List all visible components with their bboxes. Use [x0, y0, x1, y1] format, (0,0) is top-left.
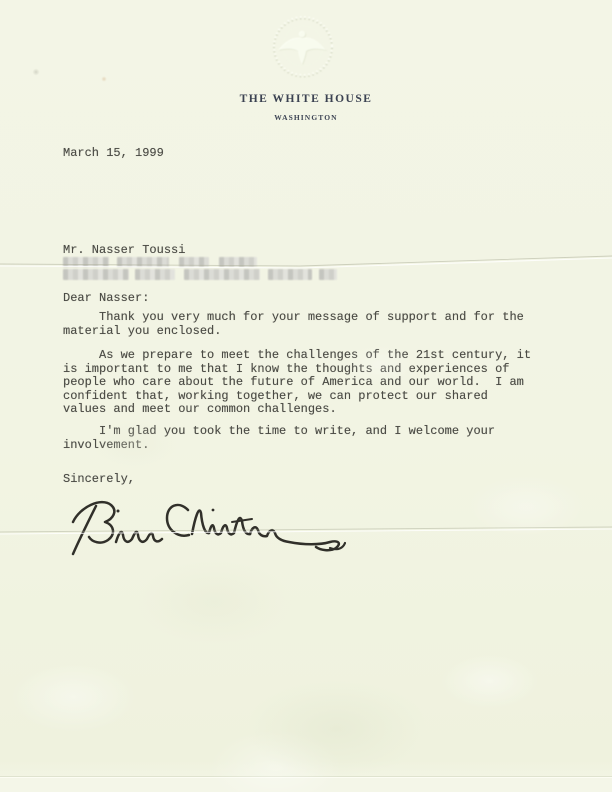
scan-bottom-edge [0, 777, 612, 792]
letterhead-title: THE WHITE HOUSE [0, 94, 612, 106]
redacted-address-line-1 [63, 257, 257, 267]
salutation: Dear Nasser: [63, 292, 149, 306]
recipient-name: Mr. Nasser Toussi [63, 244, 185, 258]
closing: Sincerely, [63, 473, 135, 487]
redaction-block [219, 257, 257, 267]
signature-bill-clinton [56, 492, 346, 570]
redacted-address-line-2 [63, 269, 337, 280]
redaction-block [117, 257, 169, 267]
body-paragraph-3: I'm glad you took the time to write, and… [63, 425, 495, 452]
presidential-seal-icon [261, 4, 345, 88]
letterhead-subtitle: WASHINGTON [0, 114, 612, 122]
redaction-block [179, 257, 209, 267]
redaction-block [319, 269, 337, 280]
date-line: March 15, 1999 [63, 147, 164, 161]
body-paragraph-2: As we prepare to meet the challenges of … [63, 349, 531, 417]
redaction-block [268, 269, 312, 280]
letter-page: THE WHITE HOUSE WASHINGTON March 15, 199… [0, 0, 612, 792]
redaction-block [63, 269, 129, 280]
redaction-block [63, 257, 109, 267]
redaction-block [184, 269, 260, 280]
redaction-block [135, 269, 175, 280]
body-paragraph-1: Thank you very much for your message of … [63, 311, 524, 338]
